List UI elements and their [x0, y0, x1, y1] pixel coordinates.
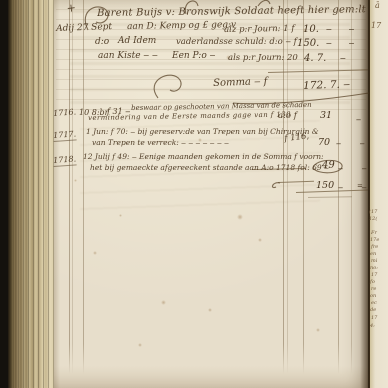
entry-text: Een P:o ‒: [172, 52, 215, 61]
amount-guilders: 31: [320, 111, 332, 121]
header-cross: +: [66, 2, 76, 14]
facing-page-text: ec: [371, 301, 377, 306]
book-page-edges: [8, 0, 56, 388]
year-label: 1717.: [53, 130, 77, 142]
facing-page-text: de: [370, 308, 376, 313]
facing-page-text: Fr: [371, 231, 377, 236]
facing-page-text: fo: [370, 280, 375, 285]
facing-page-sliver: [370, 0, 388, 388]
column-rule: [72, 0, 73, 374]
year-label: 1718.: [53, 155, 77, 167]
entry-text: het bij gemaeckte afgereeckent staande a…: [90, 164, 329, 172]
facing-page-text: 12(: [369, 217, 377, 222]
entry-text: van Trepen te verreck: ‒ ‒ ‒ ‒ ‒ ‒ ‒: [92, 139, 229, 147]
amount-guilders: 4. 7.: [304, 54, 326, 64]
entry-note: alz p:r Journ: 1 f: [224, 25, 295, 35]
entry-ditto: d:o: [95, 38, 109, 47]
column-rule: [83, 0, 84, 374]
book-gutter: [360, 0, 370, 388]
amount-dashes: ‒ ‒: [326, 26, 361, 35]
facing-page-text: 4:: [370, 324, 375, 329]
amount-guilders: 49: [322, 161, 335, 171]
column-rule: [69, 0, 70, 374]
facing-page-text: on: [370, 294, 376, 299]
entry-text: Ad Idem: [118, 37, 156, 46]
entry-text: vaderlandsse schuld: d:o ‒ f: [176, 38, 297, 47]
facing-page-text: (17: [369, 210, 377, 215]
facing-page-text: no:: [370, 266, 378, 271]
scanned-ledger-page: +Barent Buijs v: Bronswijk Soldaat heeft…: [0, 0, 388, 388]
amount-dashes: ‒: [340, 55, 346, 64]
year-label: 1716.: [53, 108, 76, 118]
facing-page-text: 17: [371, 22, 381, 30]
entry-text: 12 Julij f 49: ‒ Eenige maanden gekomen …: [83, 153, 324, 161]
facing-page-text: 17: [371, 316, 377, 321]
facing-page-text: 17: [371, 273, 377, 278]
entry-text: aan Kiste ‒ ‒: [98, 52, 158, 61]
amount-guilders: 150: [316, 181, 334, 191]
facing-page-text: ā: [375, 2, 380, 10]
facing-page-text: mi: [371, 259, 377, 264]
somma-amount: 172. 7. ‒: [303, 79, 350, 91]
facing-page-text: re: [371, 287, 376, 292]
amount-dashes: ‒ ‒: [326, 40, 361, 49]
entry-note: als p:r Journ: 20: [228, 54, 298, 63]
entry-note: a:o f: [278, 112, 297, 121]
facing-page-text: 17e: [370, 238, 379, 243]
entry-text: aan D: Kemp og £ geg:v: [127, 21, 236, 32]
somma-label: Somma ‒ f: [213, 77, 268, 89]
facing-page-text: fre: [371, 245, 378, 250]
facing-page-text: en: [370, 252, 376, 257]
amount-guilders: 150.: [297, 39, 319, 49]
amount-guilders: 10.: [303, 25, 319, 35]
amount-guilders: 70: [318, 138, 330, 148]
